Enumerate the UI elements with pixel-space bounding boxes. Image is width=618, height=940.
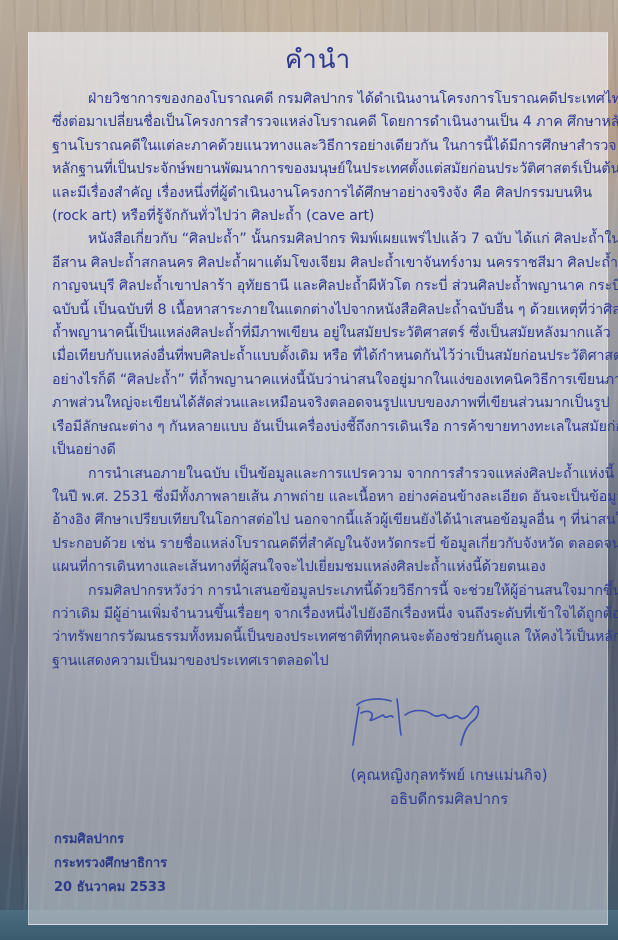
paragraph-line: แผนที่การเดินทางและเส้นทางที่ผู้สนใจจะไป… xyxy=(52,556,592,579)
signatory-position: อธิบดีกรมศิลปากร xyxy=(329,787,569,811)
paragraph-line: หลักฐานที่เป็นประจักษ์พยานพัฒนาการของมนุ… xyxy=(52,158,592,181)
paragraph-line: ประกอบด้วย เช่น รายชื่อแหล่งโบราณคดีที่ส… xyxy=(52,533,592,556)
footer-date: 20 ธันวาคม 2533 xyxy=(54,876,167,900)
paragraph-line: และมีเรื่องสำคัญ เรื่องหนึ่งที่ผู้ดำเนิน… xyxy=(52,182,592,205)
foreword-paragraph: ฝ่ายวิชาการของกองโบราณคดี กรมศิลปากร ได้… xyxy=(52,88,592,228)
paragraph-line: ซึ่งต่อมาเปลี่ยนชื่อเป็นโครงการสำรวจแหล่… xyxy=(52,111,592,134)
foreword-body: ฝ่ายวิชาการของกองโบราณคดี กรมศิลปากร ได้… xyxy=(52,88,592,673)
paragraph-line: กว่าเดิม มีผู้อ่านเพิ่มจำนวนขึ้นเรื่อยๆ … xyxy=(52,603,592,626)
paragraph-line: ภาพส่วนใหญ่จะเขียนได้สัดส่วนและเหมือนจริ… xyxy=(52,392,592,415)
footer-block: กรมศิลปากร กระทรวงศึกษาธิการ 20 ธันวาคม … xyxy=(54,828,167,900)
paragraph-line: อ้างอิง ศึกษาเปรียบเทียบในโอกาสต่อไป นอก… xyxy=(52,509,592,532)
footer-ministry: กระทรวงศึกษาธิการ xyxy=(54,852,167,876)
foreword-paragraph: การนำเสนอภายในฉบับ เป็นข้อมูลและการแปรคว… xyxy=(52,463,592,580)
paragraph-line: ฉบับนี้ เป็นฉบับที่ 8 เนื้อหาสาระภายในแต… xyxy=(52,299,592,322)
paragraph-line: กรมศิลปากรหวังว่า การนำเสนอข้อมูลประเภทน… xyxy=(52,580,592,603)
paragraph-line: การนำเสนอภายในฉบับ เป็นข้อมูลและการแปรคว… xyxy=(52,463,592,486)
paragraph-line: ฐานโบราณคดีในแต่ละภาคด้วยแนวทางและวิธีกา… xyxy=(52,135,592,158)
signatory-name: (คุณหญิงกุลทรัพย์ เกษแม่นกิจ) xyxy=(329,763,569,787)
foreword-paragraph: กรมศิลปากรหวังว่า การนำเสนอข้อมูลประเภทน… xyxy=(52,580,592,674)
foreword-paragraph: หนังสือเกี่ยวกับ “ศิลปะถ้ำ” นั้นกรมศิลปา… xyxy=(52,228,592,462)
paragraph-line: ฐานแสดงความเป็นมาของประเทศเราตลอดไป xyxy=(52,650,592,673)
signatory-block: (คุณหญิงกุลทรัพย์ เกษแม่นกิจ) อธิบดีกรมศ… xyxy=(329,763,569,811)
footer-organization: กรมศิลปากร xyxy=(54,828,167,852)
paragraph-line: (rock art) หรือที่รู้จักกันทั่วไปว่า ศิล… xyxy=(52,205,592,228)
paragraph-line: ถ้ำพญานาคนี้เป็นแหล่งศิลปะถ้ำที่มีภาพเขี… xyxy=(52,322,592,345)
page-title: คำนำ xyxy=(29,39,607,80)
paragraph-line: อีสาน ศิลปะถ้ำสกลนคร ศิลปะถ้ำผาแต้มโขงเจ… xyxy=(52,252,592,275)
paragraph-line: เมื่อเทียบกับแหล่งอื่นที่พบศิลปะถ้ำแบบดั… xyxy=(52,345,592,368)
paragraph-line: ในปี พ.ศ. 2531 ซึ่งมีทั้งภาพลายเส้น ภาพถ… xyxy=(52,486,592,509)
paragraph-line: ว่าทรัพยากรวัฒนธรรมทั้งหมดนี้เป็นของประเ… xyxy=(52,626,592,649)
paragraph-line: หนังสือเกี่ยวกับ “ศิลปะถ้ำ” นั้นกรมศิลปา… xyxy=(52,228,592,251)
paragraph-line: เรือมีลักษณะต่าง ๆ กันหลายแบบ อันเป็นเคร… xyxy=(52,416,592,439)
handwritten-signature-icon xyxy=(349,695,499,750)
paragraph-line: อย่างไรก็ดี “ศิลปะถ้ำ” ที่ถ้ำพญานาคแห่งน… xyxy=(52,369,592,392)
paragraph-line: กาญจนบุรี ศิลปะถ้ำเขาปลาร้า อุทัยธานี แล… xyxy=(52,275,592,298)
paragraph-line: ฝ่ายวิชาการของกองโบราณคดี กรมศิลปากร ได้… xyxy=(52,88,592,111)
foreword-panel: คำนำ ฝ่ายวิชาการของกองโบราณคดี กรมศิลปาก… xyxy=(28,32,608,925)
paragraph-line: เป็นอย่างดี xyxy=(52,439,592,462)
